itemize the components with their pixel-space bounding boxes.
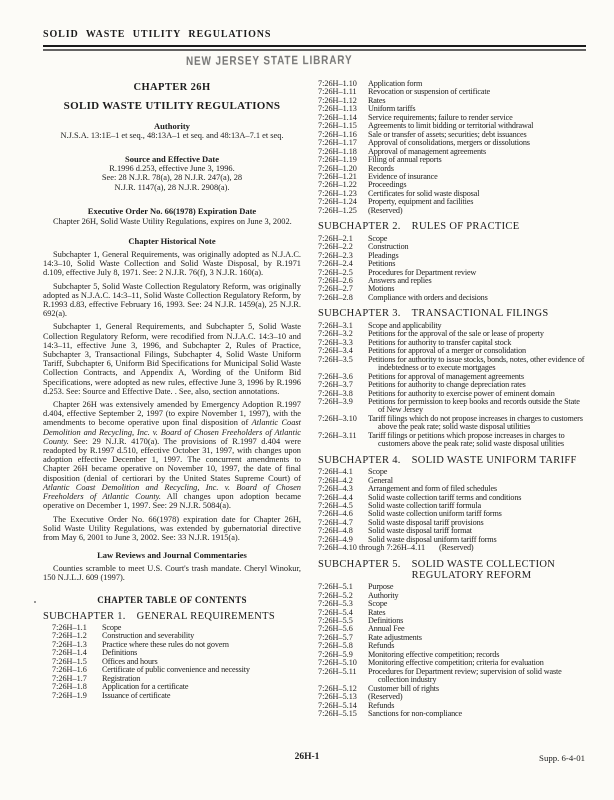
toc-entry-title: (Reserved) <box>368 207 586 215</box>
toc-entry: 7:26H–5.12Customer bill of rights <box>318 685 586 693</box>
source-line: N.J.R. 1147(a), 28 N.J.R. 2908(a). <box>43 183 301 192</box>
toc-entry-number: 7:26H–3.11 <box>318 432 368 449</box>
toc-entries: 7:26H–1.10Application form7:26H–1.11Revo… <box>318 80 586 215</box>
toc-entry: 7:26H–5.6Annual Fee <box>318 625 586 633</box>
historical-paragraph: Subchapter 1, General Requirements, and … <box>43 322 301 396</box>
toc-entry: 7:26H–5.2Authority <box>318 592 586 600</box>
historical-paragraph: Subchapter 1, General Requirements, was … <box>43 250 301 278</box>
toc-entry-title: Pleadings <box>368 252 586 260</box>
toc-entry: 7:26H–1.19Filing of annual reports <box>318 156 586 164</box>
toc-entry: 7:26H–1.20Records <box>318 165 586 173</box>
subchapter-heading: SUBCHAPTER 4.SOLID WASTE UNIFORM TARIFF <box>318 455 586 466</box>
toc-entry-title: Construction <box>368 243 586 251</box>
toc-entry-number: 7:26H–3.5 <box>318 356 368 373</box>
left-column: CHAPTER 26H SOLID WASTE UTILITY REGULATI… <box>43 82 301 700</box>
paragraph-text: See: 29 N.J.R. 4170(a). The provisions o… <box>43 437 301 483</box>
toc-entries-subchapter-1: 7:26H–1.1Scope7:26H–1.2Construction and … <box>43 624 301 700</box>
toc-entry-title: Procedures for Department review; superv… <box>368 668 586 685</box>
subchapter-number: SUBCHAPTER 3. <box>318 308 401 319</box>
footer-supplement: Supp. 6-4-01 <box>539 753 585 763</box>
toc-entry: 7:26H–4.1Scope <box>318 468 586 476</box>
document-page: SOLID WASTE UTILITY REGULATIONS NEW JERS… <box>0 0 614 800</box>
toc-group: SUBCHAPTER 3.TRANSACTIONAL FILINGS7:26H–… <box>318 308 586 448</box>
law-reviews-heading: Law Reviews and Journal Commentaries <box>43 550 301 560</box>
toc-entry: 7:26H–3.11Tariff filings or petitions wh… <box>318 432 586 449</box>
toc-entry-title: Rate adjustments <box>368 634 586 642</box>
toc-entry-number: 7:26H–5.15 <box>318 710 368 718</box>
toc-entry-title: Petitions for permission to keep books a… <box>368 398 586 415</box>
toc-entry: 7:26H–5.15Sanctions for non-compliance <box>318 710 586 718</box>
toc-entry-number: 7:26H–1.25 <box>318 207 368 215</box>
toc-entry-title: Tariff filings or petitions which propos… <box>368 432 586 449</box>
header-rule-bottom <box>43 49 586 51</box>
toc-entry-title: Petitions for authority to issue stocks,… <box>368 356 586 373</box>
running-header: SOLID WASTE UTILITY REGULATIONS <box>43 29 271 40</box>
toc-entry-title: Revocation or suspension of certificate <box>368 88 586 96</box>
subchapter-heading: SUBCHAPTER 3.TRANSACTIONAL FILINGS <box>318 308 586 319</box>
toc-entry: 7:26H–3.9Petitions for permission to kee… <box>318 398 586 415</box>
toc-entry: 7:26H–1.9Issuance of certificate <box>52 692 301 700</box>
toc-entry: 7:26H–1.24Property, equipment and facili… <box>318 198 586 206</box>
toc-entry-title: Answers and replies <box>368 277 586 285</box>
toc-entry: 7:26H–2.8Compliance with orders and deci… <box>318 294 586 302</box>
toc-entry: 7:26H–1.8Application for a certificate <box>52 683 301 691</box>
paragraph-text: Subchapter 5, Solid Waste Collection Reg… <box>43 282 301 319</box>
toc-entry: 7:26H–2.1Scope <box>318 235 586 243</box>
toc-entry: 7:26H–1.12Rates <box>318 97 586 105</box>
authority-heading: Authority <box>43 121 301 131</box>
toc-entry: 7:26H–5.11Procedures for Department revi… <box>318 668 586 685</box>
toc-entry: 7:26H–1.6Certificate of public convenien… <box>52 666 301 674</box>
source-lines: R.1996 d.253, effective June 3, 1996.See… <box>43 164 301 192</box>
law-reviews-paragraphs: Counties scramble to meet U.S. Court's t… <box>43 564 301 582</box>
library-stamp: NEW JERSEY STATE LIBRARY <box>186 54 353 69</box>
toc-entry-title: Purpose <box>368 583 586 591</box>
expiration-text: Chapter 26H, Solid Waste Utility Regulat… <box>43 217 301 226</box>
paragraph-text: Subchapter 1, General Requirements, was … <box>43 250 301 277</box>
subchapter-number: SUBCHAPTER 5. <box>318 559 401 581</box>
toc-entry-title: Compliance with orders and decisions <box>368 294 586 302</box>
toc-entry-title: Tariff filings which do not propose incr… <box>368 415 586 432</box>
toc-entry: 7:26H–2.6Answers and replies <box>318 277 586 285</box>
historical-paragraph: The Executive Order No. 66(1978) expirat… <box>43 515 301 543</box>
toc-entry: 7:26H–5.5Definitions <box>318 617 586 625</box>
toc-entry: 7:26H–2.3Pleadings <box>318 252 586 260</box>
subchapter-number: SUBCHAPTER 1. <box>43 611 126 622</box>
toc-entry-title: Scope <box>368 600 586 608</box>
source-line: See: 28 N.J.R. 78(a), 28 N.J.R. 247(a), … <box>43 173 301 182</box>
toc-entry: 7:26H–1.3Practice where these rules do n… <box>52 641 301 649</box>
toc-entry-title: Issuance of certificate <box>102 692 301 700</box>
toc-group: SUBCHAPTER 2.RULES OF PRACTICE7:26H–2.1S… <box>318 221 586 302</box>
toc-group: SUBCHAPTER 5.SOLID WASTE COLLECTION REGU… <box>318 559 586 719</box>
paragraph-text: Counties scramble to meet U.S. Court's t… <box>43 564 301 582</box>
toc-right-groups: 7:26H–1.10Application form7:26H–1.11Revo… <box>318 80 586 718</box>
toc-entry: 7:26H–1.25(Reserved) <box>318 207 586 215</box>
subchapter-title: SOLID WASTE COLLECTION REGULATORY REFORM <box>412 559 586 581</box>
historical-note-heading: Chapter Historical Note <box>43 236 301 246</box>
subchapter-title: SOLID WASTE UNIFORM TARIFF <box>412 455 586 466</box>
toc-entry: 7:26H–3.5Petitions for authority to issu… <box>318 356 586 373</box>
paragraph-text: The Executive Order No. 66(1978) expirat… <box>43 515 301 542</box>
toc-entry: 7:26H–1.21Evidence of insurance <box>318 173 586 181</box>
toc-entry: 7:26H–1.4Definitions <box>52 649 301 657</box>
toc-entry: 7:26H–1.18Approval of management agreeme… <box>318 148 586 156</box>
toc-entries: 7:26H–4.1Scope7:26H–4.2General7:26H–4.3A… <box>318 468 586 553</box>
toc-entry: 7:26H–2.2Construction <box>318 243 586 251</box>
toc-entry-title: Scope <box>368 468 586 476</box>
toc-entries: 7:26H–5.1Purpose7:26H–5.2Authority7:26H–… <box>318 583 586 718</box>
paragraph-text: Subchapter 1, General Requirements, and … <box>43 322 301 395</box>
subchapter-number: SUBCHAPTER 2. <box>318 221 401 232</box>
toc-entry: 7:26H–1.11Revocation or suspension of ce… <box>318 88 586 96</box>
toc-entries: 7:26H–3.1Scope and applicability7:26H–3.… <box>318 322 586 449</box>
footer-page-number: 26H-1 <box>0 752 614 762</box>
toc-entry-title: (Reserved) <box>425 544 473 552</box>
toc-entry: 7:26H–5.1Purpose <box>318 583 586 591</box>
subchapter-title: TRANSACTIONAL FILINGS <box>412 308 586 319</box>
authority-text: N.J.S.A. 13:1E–1 et seq., 48:13A–1 et se… <box>43 131 301 140</box>
toc-entry-title: Authority <box>368 592 586 600</box>
chapter-heading: CHAPTER 26H <box>43 82 301 94</box>
toc-entry-title: Sanctions for non-compliance <box>368 710 586 718</box>
subchapter-title: GENERAL REQUIREMENTS <box>137 611 301 622</box>
toc-entry: 7:26H–5.4Rates <box>318 609 586 617</box>
expiration-heading: Executive Order No. 66(1978) Expiration … <box>43 206 301 216</box>
header-rule-top <box>43 45 586 47</box>
toc-group: 7:26H–1.10Application form7:26H–1.11Revo… <box>318 80 586 215</box>
toc-entry: 7:26H–2.5Procedures for Department revie… <box>318 269 586 277</box>
toc-entries: 7:26H–2.1Scope7:26H–2.2Construction7:26H… <box>318 235 586 303</box>
toc-entry: 7:26H–5.7Rate adjustments <box>318 634 586 642</box>
toc-entry-number: 7:26H–1.9 <box>52 692 102 700</box>
subchapter-number: SUBCHAPTER 4. <box>318 455 401 466</box>
toc-entry-number: 7:26H–3.9 <box>318 398 368 415</box>
toc-entry: 7:26H–3.10Tariff filings which do not pr… <box>318 415 586 432</box>
right-column: 7:26H–1.10Application form7:26H–1.11Revo… <box>318 80 586 718</box>
toc-heading: CHAPTER TABLE OF CONTENTS <box>43 595 301 605</box>
subchapter-title: RULES OF PRACTICE <box>412 221 586 232</box>
scan-speck <box>34 601 36 603</box>
toc-entry-number: 7:26H–4.10 through 7:26H–4.11 <box>318 544 425 552</box>
toc-entry-title: (Reserved) <box>368 693 586 701</box>
toc-entry-number: 7:26H–5.11 <box>318 668 368 685</box>
toc-entry: 7:26H–5.3Scope <box>318 600 586 608</box>
historical-paragraph: Chapter 26H was extensively amended by E… <box>43 400 301 510</box>
toc-entry-title: Filing of annual reports <box>368 156 586 164</box>
historical-paragraph: Subchapter 5, Solid Waste Collection Reg… <box>43 282 301 319</box>
chapter-title: SOLID WASTE UTILITY REGULATIONS <box>43 100 301 113</box>
historical-paragraphs: Subchapter 1, General Requirements, was … <box>43 250 301 542</box>
subchapter-heading: SUBCHAPTER 2.RULES OF PRACTICE <box>318 221 586 232</box>
toc-group: SUBCHAPTER 4.SOLID WASTE UNIFORM TARIFF7… <box>318 455 586 553</box>
source-line: R.1996 d.253, effective June 3, 1996. <box>43 164 301 173</box>
source-heading: Source and Effective Date <box>43 154 301 164</box>
toc-entry: 7:26H–5.13(Reserved) <box>318 693 586 701</box>
subchapter-heading: SUBCHAPTER 5.SOLID WASTE COLLECTION REGU… <box>318 559 586 581</box>
toc-entry-number: 7:26H–2.8 <box>318 294 368 302</box>
toc-entry: 7:26H–4.10 through 7:26H–4.11(Reserved) <box>318 544 586 552</box>
toc-entry-number: 7:26H–3.10 <box>318 415 368 432</box>
subchapter-heading: SUBCHAPTER 1. GENERAL REQUIREMENTS <box>43 611 301 622</box>
law-reviews-text: Counties scramble to meet U.S. Court's t… <box>43 564 301 582</box>
